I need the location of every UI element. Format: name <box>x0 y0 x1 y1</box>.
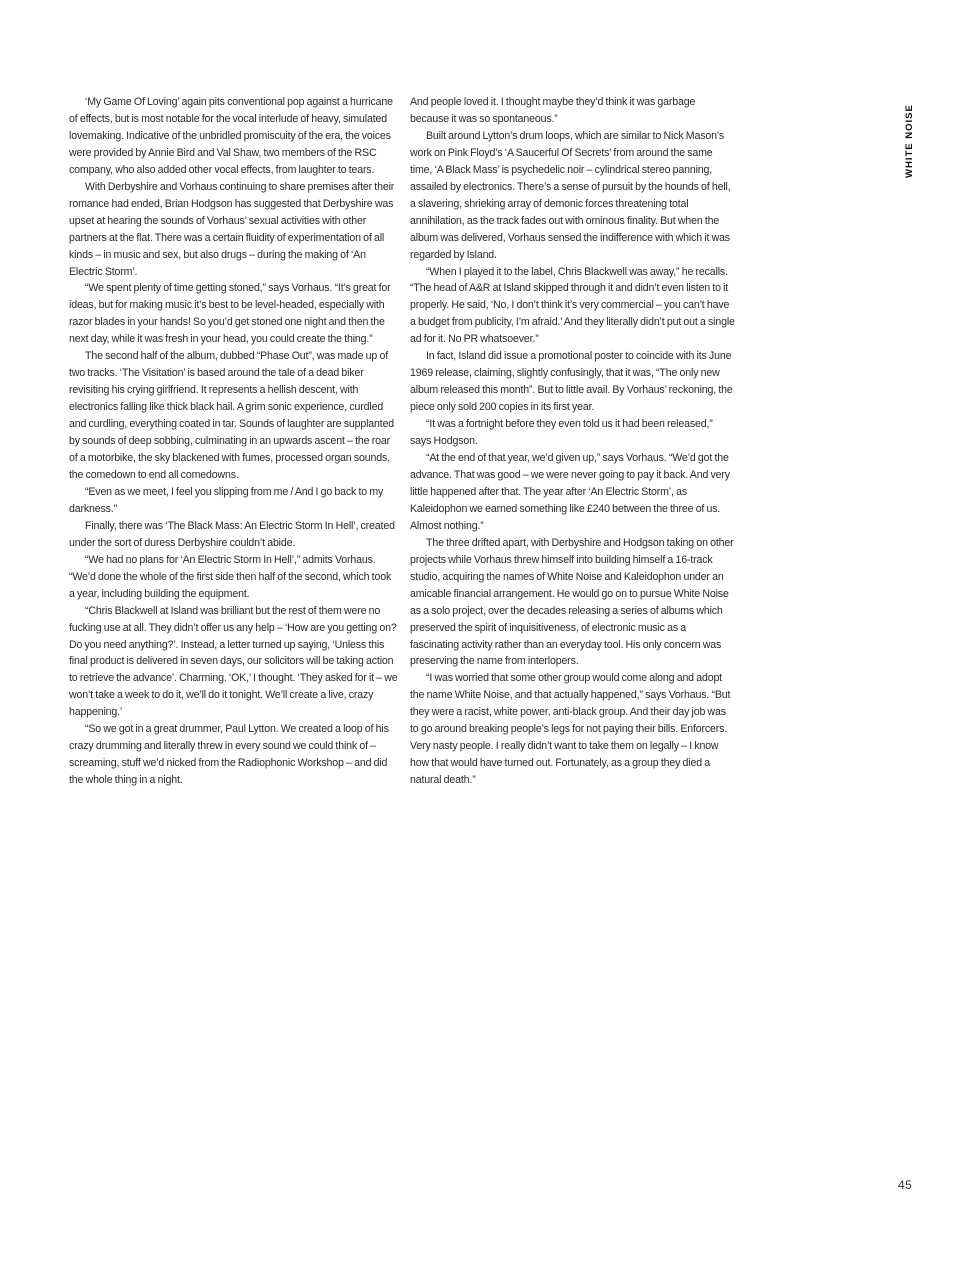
paragraph: “When I played it to the label, Chris Bl… <box>410 264 736 349</box>
paragraph: “It was a fortnight before they even tol… <box>410 416 736 450</box>
paragraph: “Even as we meet, I feel you slipping fr… <box>69 484 399 518</box>
paragraph: “So we got in a great drummer, Paul Lytt… <box>69 721 399 789</box>
paragraph: The second half of the album, dubbed “Ph… <box>69 348 399 484</box>
page-number: 45 <box>898 1178 912 1192</box>
article-column-left: ‘My Game Of Loving’ again pits conventio… <box>69 94 399 789</box>
paragraph: “I was worried that some other group wou… <box>410 670 736 789</box>
paragraph: “At the end of that year, we’d given up,… <box>410 450 736 535</box>
paragraph: The three drifted apart, with Derbyshire… <box>410 535 736 671</box>
paragraph: “We spent plenty of time getting stoned,… <box>69 280 399 348</box>
paragraph: In fact, Island did issue a promotional … <box>410 348 736 416</box>
paragraph: ‘My Game Of Loving’ again pits conventio… <box>69 94 399 179</box>
section-label: WHITE NOISE <box>904 88 918 178</box>
paragraph-continued: And people loved it. I thought maybe the… <box>410 94 736 128</box>
paragraph: Finally, there was ‘The Black Mass: An E… <box>69 518 399 552</box>
paragraph: With Derbyshire and Vorhaus continuing t… <box>69 179 399 281</box>
article-column-right: And people loved it. I thought maybe the… <box>410 94 736 789</box>
paragraph: “Chris Blackwell at Island was brilliant… <box>69 603 399 722</box>
paragraph: “We had no plans for ‘An Electric Storm … <box>69 552 399 603</box>
paragraph: Built around Lytton’s drum loops, which … <box>410 128 736 264</box>
